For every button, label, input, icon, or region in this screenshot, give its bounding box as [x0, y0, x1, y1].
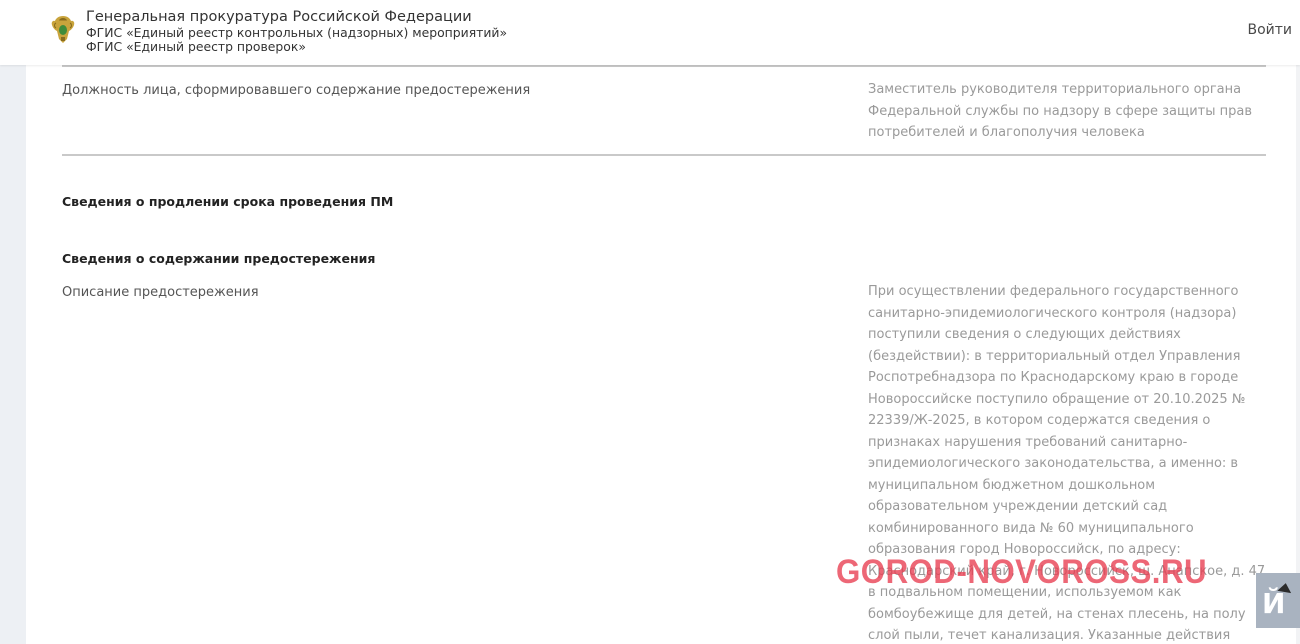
org-name: Генеральная прокуратура Российской Федер… [86, 8, 507, 26]
section-title-content: Сведения о содержании предостережения [62, 251, 375, 266]
value-line: бомбоубежище для детей, на стенах плесен… [868, 604, 1258, 626]
left-gutter [0, 65, 26, 644]
value-line: образовательном учреждении детский сад [868, 496, 1258, 518]
sections: Сведения о продлении срока проведения ПМ… [62, 156, 1266, 356]
field-value: Заместитель руководителя территориальног… [868, 79, 1258, 144]
scroll-to-top-button[interactable]: Й [1256, 573, 1300, 628]
field-official-position: Должность лица, сформировавшего содержан… [62, 67, 1266, 154]
value-line: 22339/Ж-2025, в котором содержатся сведе… [868, 410, 1258, 432]
value-line: Федеральной службы по надзору в сфере за… [868, 101, 1258, 123]
inspection-details: Должность лица, сформировавшего содержан… [62, 65, 1266, 356]
value-line: Роспотребнадзора по Краснодарскому краю … [868, 367, 1258, 389]
value-line: санитарно-эпидемиологического контроля (… [868, 303, 1258, 325]
watermark: GOROD-NOVOROSS.RU [836, 553, 1207, 592]
value-line: Заместитель руководителя территориальног… [868, 79, 1258, 101]
coat-of-arms-icon[interactable] [50, 13, 76, 45]
value-line: комбинированного вида № 60 муниципальног… [868, 518, 1258, 540]
field-label: Описание предостережения [62, 282, 259, 304]
field-label: Должность лица, сформировавшего содержан… [62, 80, 530, 102]
value-line: Новороссийске поступило обращение от 20.… [868, 389, 1258, 411]
value-line: признаках нарушения требований санитарно… [868, 432, 1258, 454]
value-line: слой пыли, течет канализация. Указанные … [868, 625, 1258, 644]
page-scrollbar[interactable] [1296, 65, 1300, 644]
section-title-extension: Сведения о продлении срока проведения ПМ [62, 194, 393, 209]
value-line: муниципальном бюджетном дошкольном [868, 475, 1258, 497]
value-line: поступили сведения о следующих действиях [868, 324, 1258, 346]
scroll-glyph: Й [1262, 587, 1285, 620]
value-line: При осуществлении федерального государст… [868, 281, 1258, 303]
value-line: эпидемиологического законодательства, а … [868, 453, 1258, 475]
system-name-1: ФГИС «Единый реестр контрольных (надзорн… [86, 26, 507, 40]
value-line: потребителей и благополучия человека [868, 122, 1258, 144]
login-button[interactable]: Войти [1247, 22, 1292, 38]
site-header: Генеральная прокуратура Российской Федер… [0, 0, 1300, 65]
value-line: (бездействии): в территориальный отдел У… [868, 346, 1258, 368]
system-name-2: ФГИС «Единый реестр проверок» [86, 40, 507, 54]
